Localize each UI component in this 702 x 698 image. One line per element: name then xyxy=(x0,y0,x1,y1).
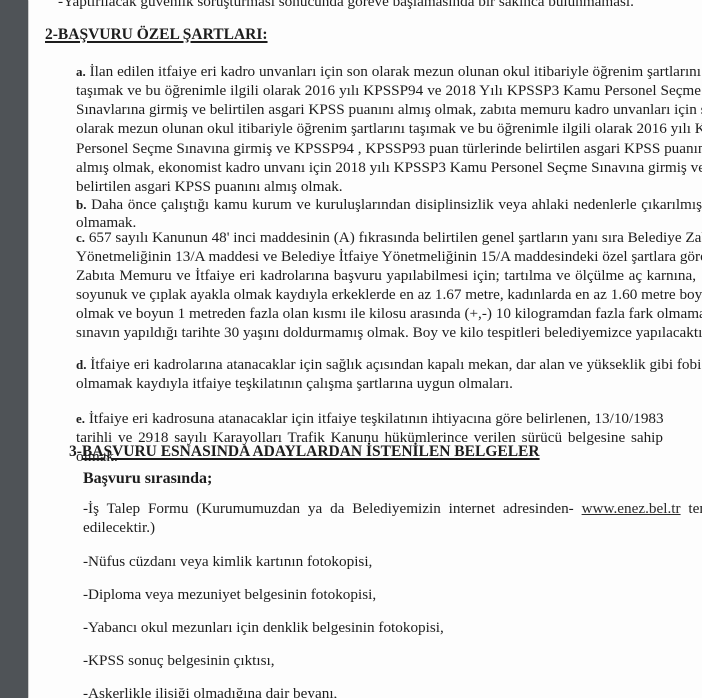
section2-heading: 2-BAŞVURU ÖZEL ŞARTLARI: xyxy=(45,26,268,44)
top-line: -Yaptırılacak güvenlik soruşturması sonu… xyxy=(58,0,634,11)
paragraph-a-label: a. xyxy=(76,64,86,79)
list-item: -Nüfus cüzdanı veya kimlik kartının foto… xyxy=(83,553,372,571)
list-item: -Yabancı okul mezunları için denklik bel… xyxy=(83,619,444,637)
paragraph-d-label: d. xyxy=(76,357,86,372)
document-page: -Yaptırılacak güvenlik soruşturması sonu… xyxy=(29,0,702,698)
viewer-sidebar xyxy=(0,0,28,698)
list-item: -Diploma veya mezuniyet belgesinin fotok… xyxy=(83,586,376,604)
section3-heading: 3-BAŞVURU ESNASINDA ADAYLARDAN İSTENİLEN… xyxy=(69,443,540,461)
section3-subheading: Başvuru sırasında; xyxy=(83,470,212,488)
paragraph-b-label: b. xyxy=(76,197,86,212)
list-item: -Askerlikle ilişiği olmadığına dair beya… xyxy=(83,685,337,698)
list-item: -KPSS sonuç belgesinin çıktısı, xyxy=(83,652,275,670)
paragraph-e-label: e. xyxy=(76,411,85,426)
paragraph-c-label: c. xyxy=(76,230,85,245)
website-link[interactable]: www.enez.bel.tr xyxy=(582,500,681,517)
list-item-form: -İş Talep Formu (Kurumumuzdan ya da Bele… xyxy=(83,500,702,518)
